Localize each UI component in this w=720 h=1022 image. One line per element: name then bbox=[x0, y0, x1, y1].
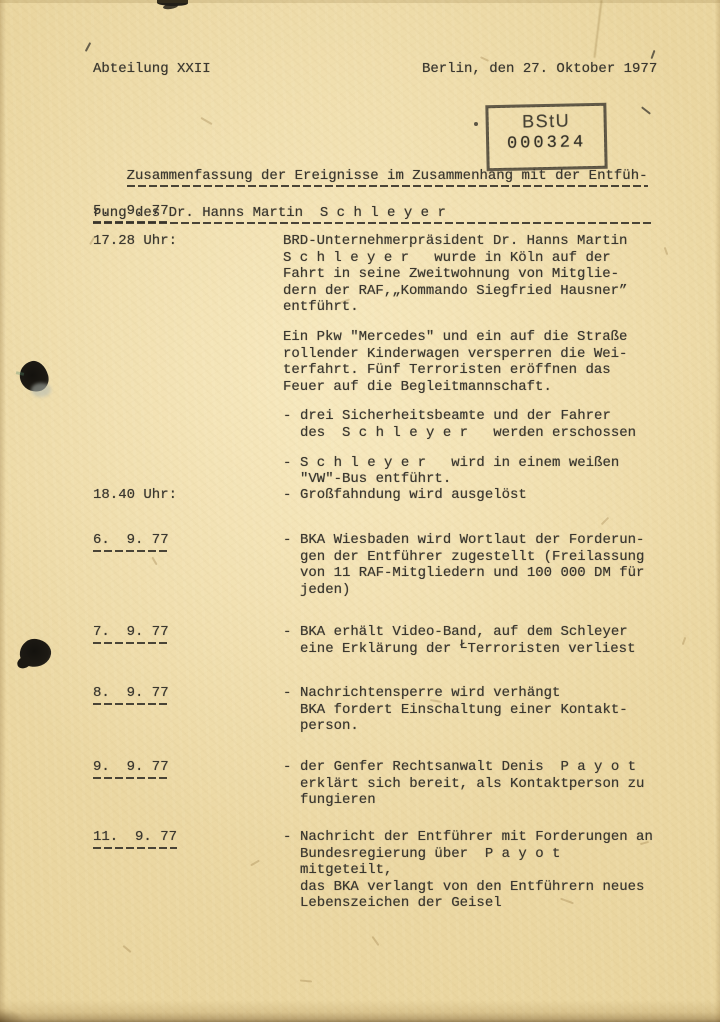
punch-hole-shadow bbox=[31, 383, 51, 397]
entry-date: 5. 9. 77 bbox=[93, 203, 283, 223]
paper-edge-mark bbox=[163, 3, 179, 10]
timeline-row: 5. 9. 77 bbox=[93, 203, 659, 223]
timeline-row: 7. 9. 77-BKA erhält Video-Band, auf dem … bbox=[93, 624, 659, 657]
stamp-org-label: BStU bbox=[488, 110, 603, 132]
bullet-item: -BKA Wiesbaden wird Wortlaut der Forderu… bbox=[283, 532, 659, 598]
paragraph: BRD-Unternehmerpräsident Dr. Hanns Marti… bbox=[283, 233, 659, 316]
bullet-item: -Nachricht der Entführer mit Forderungen… bbox=[283, 829, 659, 912]
bullet-item: -der Genfer Rechtsanwalt Denis P a y o t… bbox=[283, 759, 659, 809]
ink-dot bbox=[474, 122, 478, 126]
paper-fiber bbox=[200, 117, 212, 125]
bullet-dash: - bbox=[283, 685, 300, 735]
timeline-row: 11. 9. 77-Nachricht der Entführer mit Fo… bbox=[93, 829, 659, 912]
bullet-item: -BKA erhält Video-Band, auf dem Schleyer… bbox=[283, 624, 659, 657]
bullet-item: -S c h l e y e r wird in einem weißen "V… bbox=[283, 455, 659, 488]
entry-content: BRD-Unternehmerpräsident Dr. Hanns Marti… bbox=[283, 233, 659, 488]
paper-crease bbox=[593, 0, 602, 58]
paper-fiber bbox=[372, 936, 380, 946]
bullet-dash: - bbox=[283, 829, 300, 912]
bullet-item: -Nachrichtensperre wird verhängt BKA for… bbox=[283, 685, 659, 735]
dateline: Berlin, den 27. Oktober 1977 bbox=[422, 61, 657, 78]
paper-fiber bbox=[664, 247, 669, 255]
entry-content: -Großfahndung wird ausgelöst bbox=[283, 487, 659, 504]
entry-content: -BKA erhält Video-Band, auf dem Schleyer… bbox=[283, 624, 659, 657]
entry-time: 18.40 Uhr: bbox=[93, 487, 283, 504]
department-label: Abteilung XXII bbox=[93, 61, 211, 78]
entry-date: 11. 9. 77 bbox=[93, 829, 283, 849]
entry-date: 8. 9. 77 bbox=[93, 685, 283, 705]
entry-content: -der Genfer Rechtsanwalt Denis P a y o t… bbox=[283, 759, 659, 809]
paper-fiber bbox=[300, 979, 312, 982]
timeline-row: 8. 9. 77-Nachrichtensperre wird verhängt… bbox=[93, 685, 659, 735]
paper-fiber bbox=[123, 945, 132, 953]
entry-date: 9. 9. 77 bbox=[93, 759, 283, 779]
bullet-dash: - bbox=[283, 487, 300, 504]
timeline-row: 9. 9. 77-der Genfer Rechtsanwalt Denis P… bbox=[93, 759, 659, 809]
entry-content: -BKA Wiesbaden wird Wortlaut der Forderu… bbox=[283, 532, 659, 598]
punch-hole-tint bbox=[16, 371, 24, 376]
paper-edge bbox=[0, 0, 720, 3]
bullet-item: -Großfahndung wird ausgelöst bbox=[283, 487, 659, 504]
paper-edge bbox=[0, 0, 6, 1022]
ink-speck bbox=[641, 106, 651, 114]
document-page: Abteilung XXII Berlin, den 27. Oktober 1… bbox=[0, 0, 720, 1022]
timeline-row: 17.28 Uhr:BRD-Unternehmerpräsident Dr. H… bbox=[93, 233, 659, 488]
entry-content: -Nachrichtensperre wird verhängt BKA for… bbox=[283, 685, 659, 735]
bullet-dash: - bbox=[283, 532, 300, 598]
ink-speck bbox=[85, 42, 91, 52]
paper-edge bbox=[0, 1000, 720, 1022]
paper-fiber bbox=[601, 517, 609, 525]
entry-time: 17.28 Uhr: bbox=[93, 233, 283, 250]
entry-date: 7. 9. 77 bbox=[93, 624, 283, 644]
bullet-dash: - bbox=[283, 624, 300, 657]
entry-content: -Nachricht der Entführer mit Forderungen… bbox=[283, 829, 659, 912]
bullet-item: -drei Sicherheitsbeamte und der Fahrer d… bbox=[283, 408, 659, 441]
paragraph: Ein Pkw "Mercedes" und ein auf die Straß… bbox=[283, 329, 659, 395]
paper-edge bbox=[715, 0, 720, 1022]
timeline-row: 6. 9. 77-BKA Wiesbaden wird Wortlaut der… bbox=[93, 532, 659, 598]
paper-corner-shadow bbox=[0, 1008, 26, 1022]
title-line-1: Zusammenfassung der Ereignisse im Zusamm… bbox=[127, 168, 648, 188]
timeline-row: 18.40 Uhr:-Großfahndung wird ausgelöst bbox=[93, 487, 659, 504]
bullet-dash: - bbox=[283, 759, 300, 809]
ink-speck bbox=[651, 50, 656, 59]
entry-date: 6. 9. 77 bbox=[93, 532, 283, 552]
bullet-dash: - bbox=[283, 408, 300, 441]
bullet-dash: - bbox=[283, 455, 300, 488]
paper-fiber bbox=[682, 637, 687, 645]
